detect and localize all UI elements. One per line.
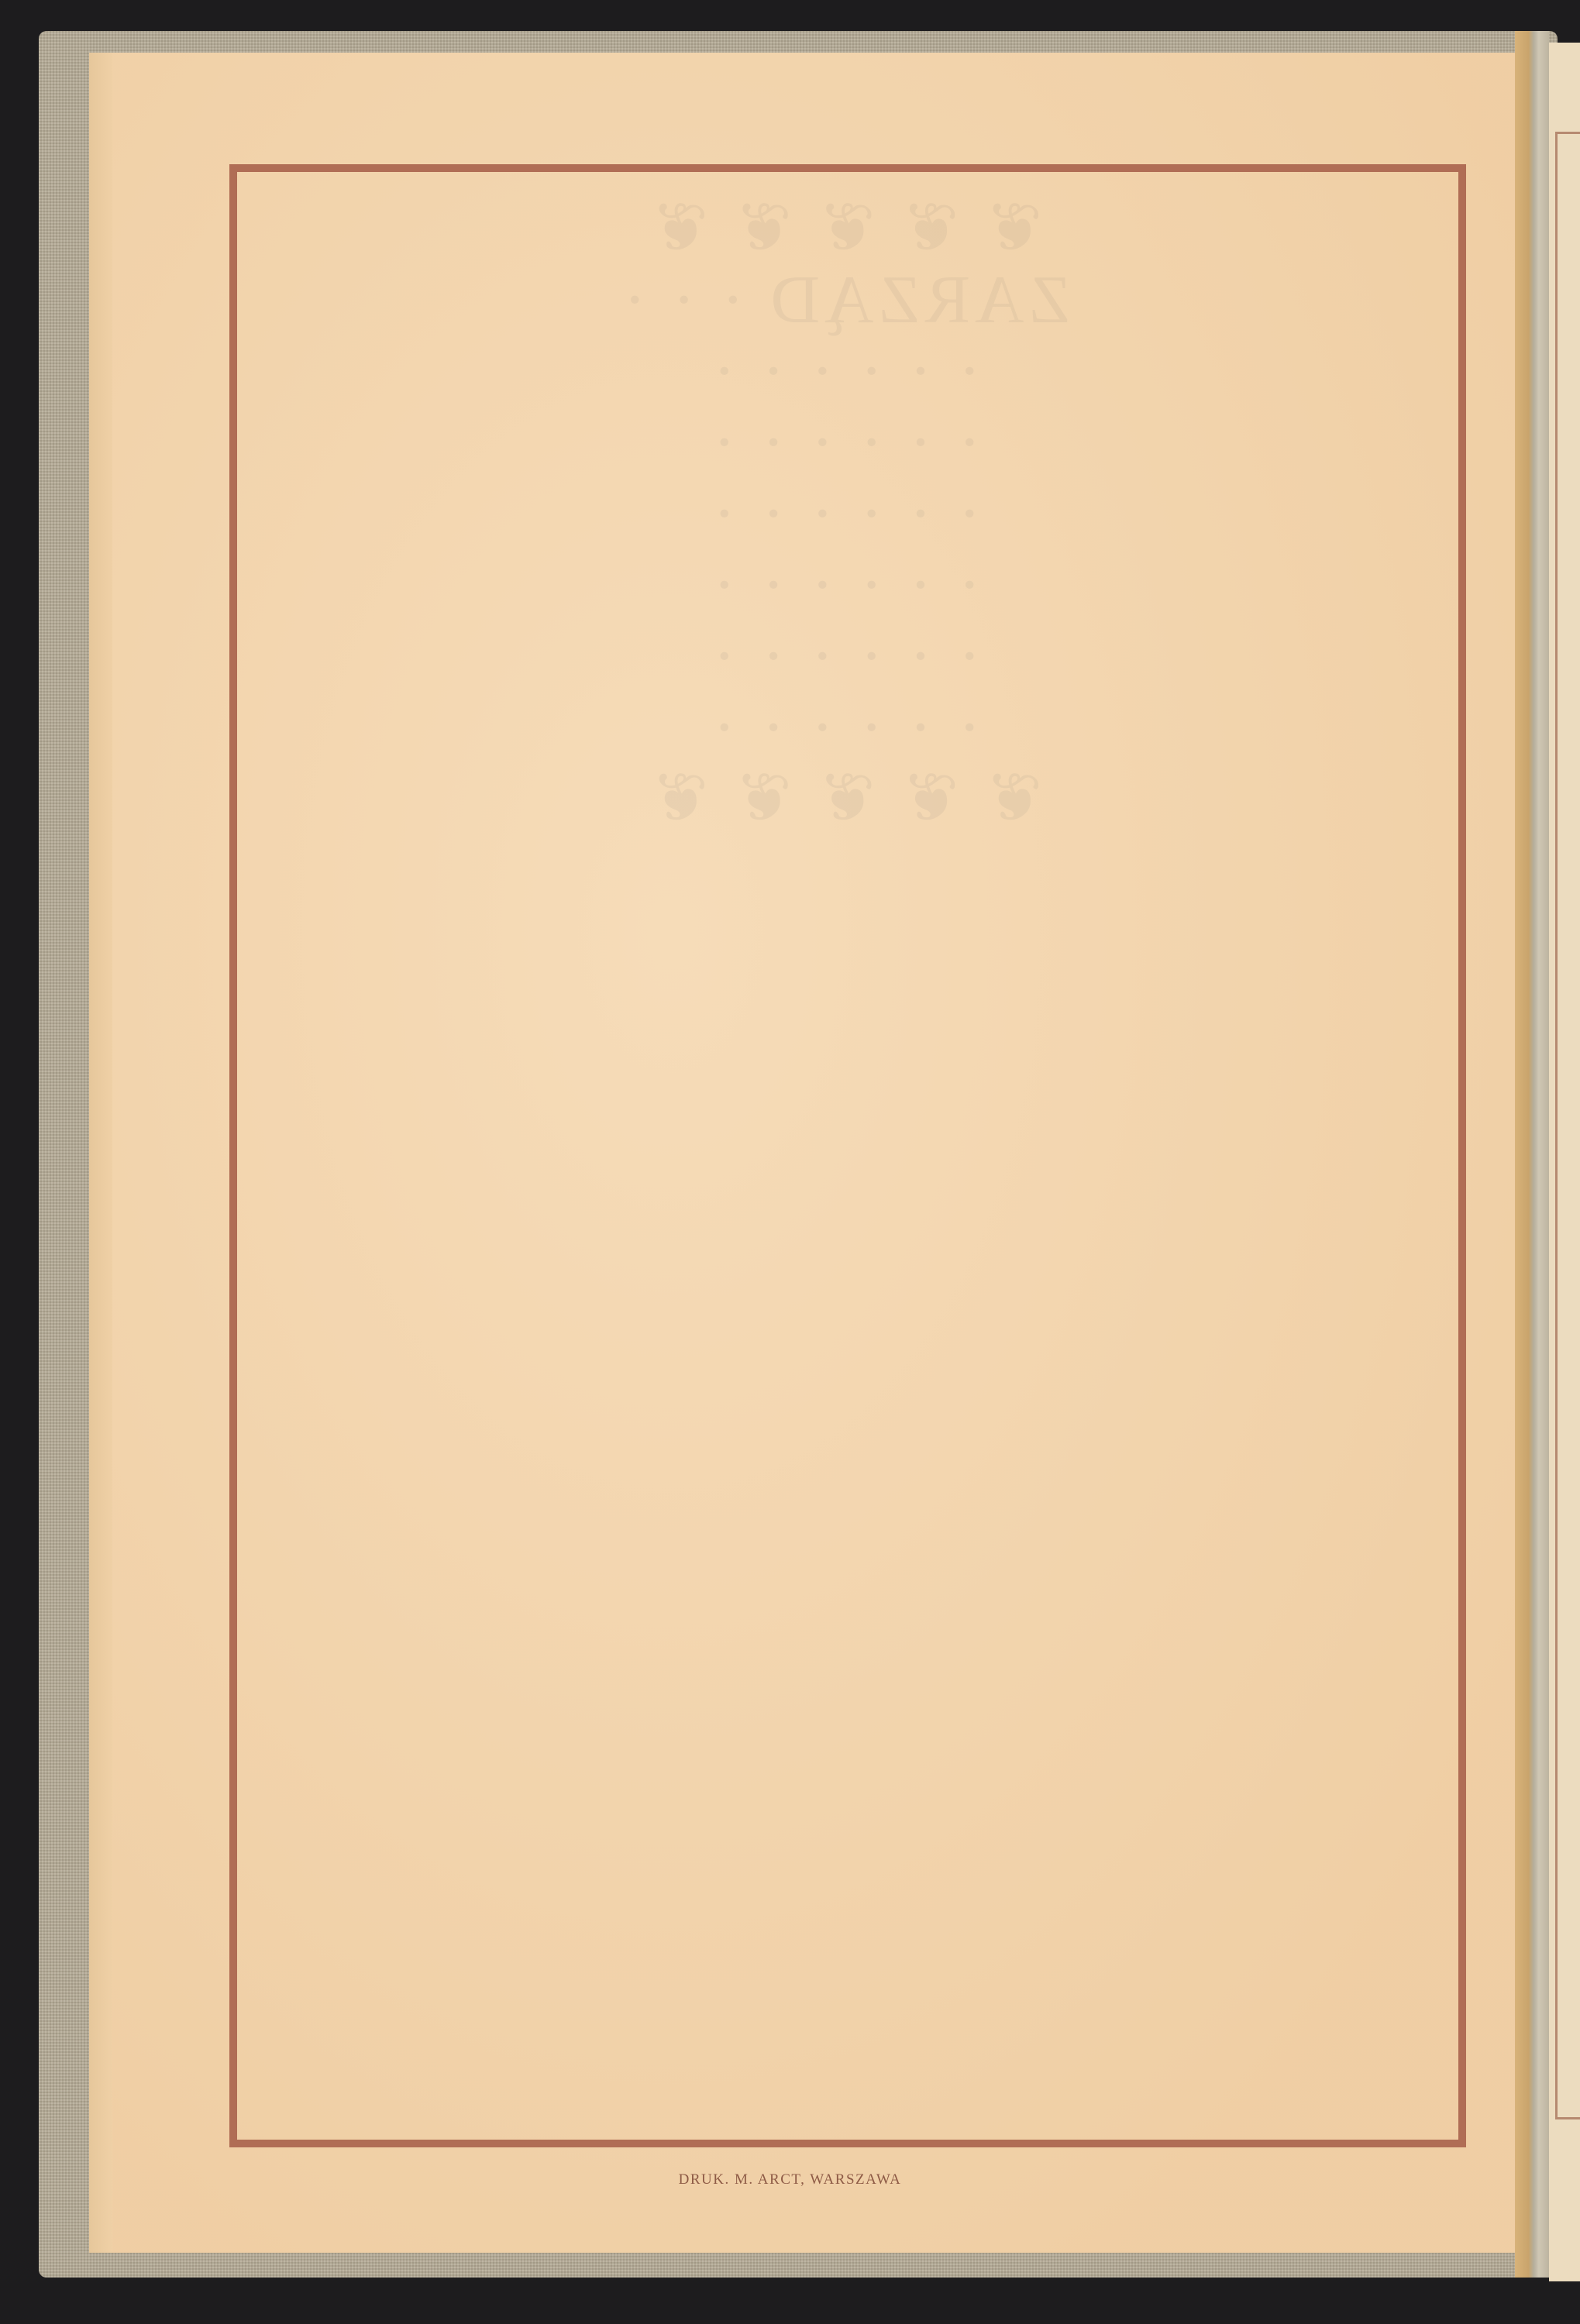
printer-imprint: DRUK. M. ARCT, WARSZAWA [0, 2171, 1580, 2188]
page-border-frame [229, 164, 1466, 2147]
imprint-text: DRUK. M. ARCT, WARSZAWA [679, 2171, 902, 2188]
facing-page-frame [1555, 132, 1580, 2119]
book-gutter [1515, 31, 1549, 2278]
page-edge [89, 53, 112, 2253]
